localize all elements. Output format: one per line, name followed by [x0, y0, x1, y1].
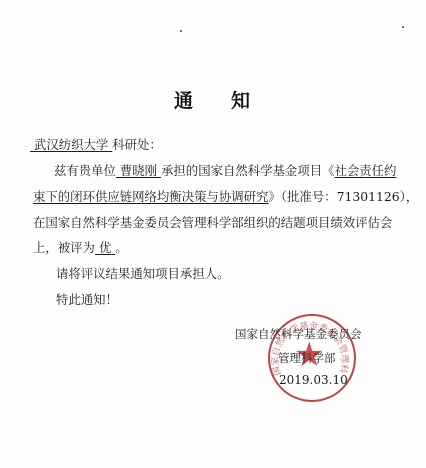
signature-organization: 国家自然科学基金委员会 — [235, 326, 362, 342]
document-title: 通知 — [0, 86, 426, 113]
signature-department: 管理科学部 — [278, 350, 336, 366]
approval-number: 》（批准号：71301126）， — [268, 189, 418, 204]
text-segment: 上，被评为 — [33, 240, 95, 255]
closing-line: 特此通知！ — [56, 292, 118, 308]
recipient-office: 科研处： — [112, 137, 162, 152]
scan-speck — [402, 26, 404, 28]
body-line-2: 束下的闭环供应链网络均衡决策与协调研究》（批准号：71301126）， — [33, 189, 418, 205]
body-line-1: 兹有贵单位 曹晓刚 承担的国家自然科学基金项目《社会责任约 — [54, 163, 396, 179]
text-segment: 。 — [115, 240, 127, 255]
project-leader: 曹晓刚 — [116, 163, 161, 178]
title-char-1: 通 — [174, 90, 195, 112]
body-paragraph-2: 请将评议结果通知项目承担人。 — [56, 266, 229, 282]
signature-date: 2019.03.10 — [279, 373, 348, 387]
text-segment: 兹有贵单位 — [54, 163, 116, 178]
salutation: 武汉纺织大学 科研处： — [30, 137, 162, 153]
project-title-part-2: 束下的闭环供应链网络均衡决策与协调研究 — [33, 189, 268, 204]
body-line-3: 在国家自然科学基金委员会管理科学部组织的结题项目绩效评估会 — [33, 215, 392, 231]
recipient-unit: 武汉纺织大学 — [30, 137, 112, 152]
body-line-4: 上，被评为 优 。 — [33, 240, 128, 256]
title-char-2: 知 — [231, 90, 252, 112]
text-segment: 承担的国家自然科学基金项目《 — [161, 163, 334, 178]
rating-value: 优 — [95, 240, 115, 255]
scan-speck — [180, 30, 182, 32]
notice-document: 通知 武汉纺织大学 科研处： 兹有贵单位 曹晓刚 承担的国家自然科学基金项目《社… — [0, 0, 426, 468]
project-title-part-1: 社会责任约 — [335, 163, 397, 178]
